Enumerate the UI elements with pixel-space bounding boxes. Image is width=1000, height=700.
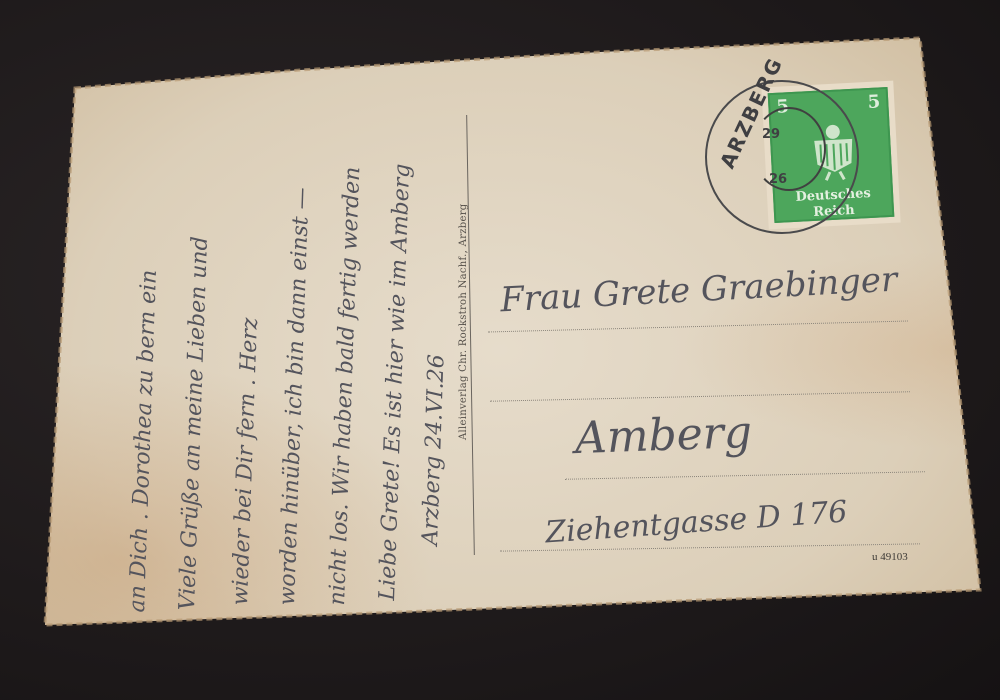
message-line: worden hinüber, ich bin dann einst — <box>275 187 315 606</box>
postmark-inner-ring <box>752 107 826 191</box>
recipient-street: Ziehentgasse D 176 <box>544 494 848 550</box>
message-line: wieder bei Dir fern . Herz <box>228 317 263 606</box>
address-line-3 <box>565 471 925 480</box>
message-line: Viele Grüße an meine Lieben und <box>175 236 213 611</box>
serial-number: u 49103 <box>872 551 908 563</box>
message-date: Arzberg 24.VI.26 <box>418 354 450 546</box>
message-line: nicht los. Wir haben bald fertig werden <box>325 166 365 606</box>
recipient-name: Frau Grete Graebinger <box>499 260 898 321</box>
message-line: an Dich . Dorothea zu bern ein <box>125 269 162 613</box>
message-line: Liebe Grete! Es ist hier wie im Amberg <box>375 163 415 601</box>
publisher-imprint: Alleinverlag Chr. Rockstroh Nachf., Arzb… <box>458 204 469 440</box>
postmark-year: 26 <box>769 172 787 187</box>
recipient-city: Amberg <box>574 407 753 464</box>
address-line-1 <box>488 321 908 333</box>
postmark-day: 29 <box>762 127 780 142</box>
stamp-denomination-right: 5 <box>867 91 881 113</box>
address-line-2 <box>490 391 910 402</box>
postmark: ARZBERG 29 26 <box>705 80 859 234</box>
